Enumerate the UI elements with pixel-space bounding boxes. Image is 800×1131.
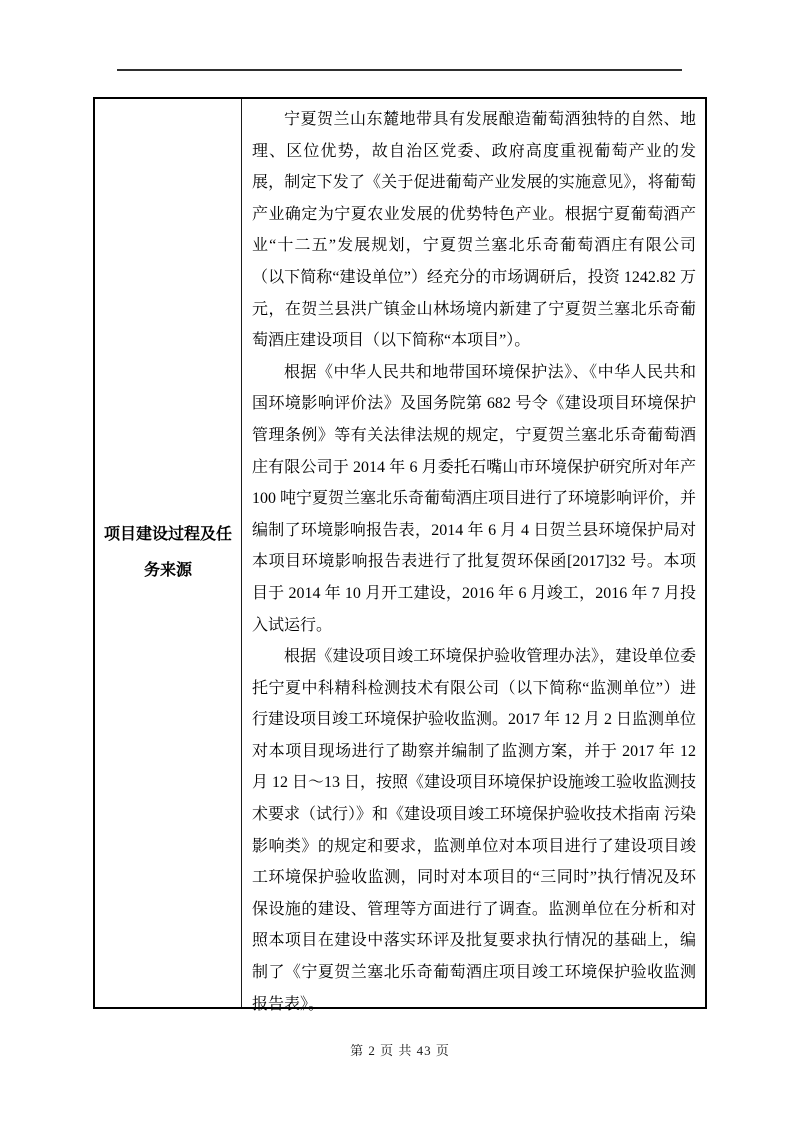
- page-number-indicator: 第 2 页 共 43 页: [350, 1043, 450, 1058]
- page-footer: 第 2 页 共 43 页: [0, 1040, 800, 1059]
- row-content-cell: 宁夏贺兰山东麓地带具有发展酿造葡萄酒独特的自然、地理、区位优势，故自治区党委、政…: [242, 99, 705, 1007]
- paragraph-acceptance-monitoring: 根据《建设项目竣工环境保护验收管理办法》，建设单位委托宁夏中科精科检测技术有限公…: [252, 641, 696, 1020]
- paragraph-project-background: 宁夏贺兰山东麓地带具有发展酿造葡萄酒独特的自然、地理、区位优势，故自治区党委、政…: [252, 104, 696, 357]
- row-header-label: 项目建设过程及任务来源: [100, 517, 236, 589]
- header-divider-rule: [117, 69, 682, 71]
- report-table: 项目建设过程及任务来源 宁夏贺兰山东麓地带具有发展酿造葡萄酒独特的自然、地理、区…: [93, 97, 707, 1009]
- document-page: 项目建设过程及任务来源 宁夏贺兰山东麓地带具有发展酿造葡萄酒独特的自然、地理、区…: [0, 0, 800, 1131]
- row-header-cell: 项目建设过程及任务来源: [95, 99, 242, 1007]
- paragraph-eia-approval: 根据《中华人民共和地带国环境保护法》、《中华人民共和国环境影响评价法》及国务院第…: [252, 357, 696, 641]
